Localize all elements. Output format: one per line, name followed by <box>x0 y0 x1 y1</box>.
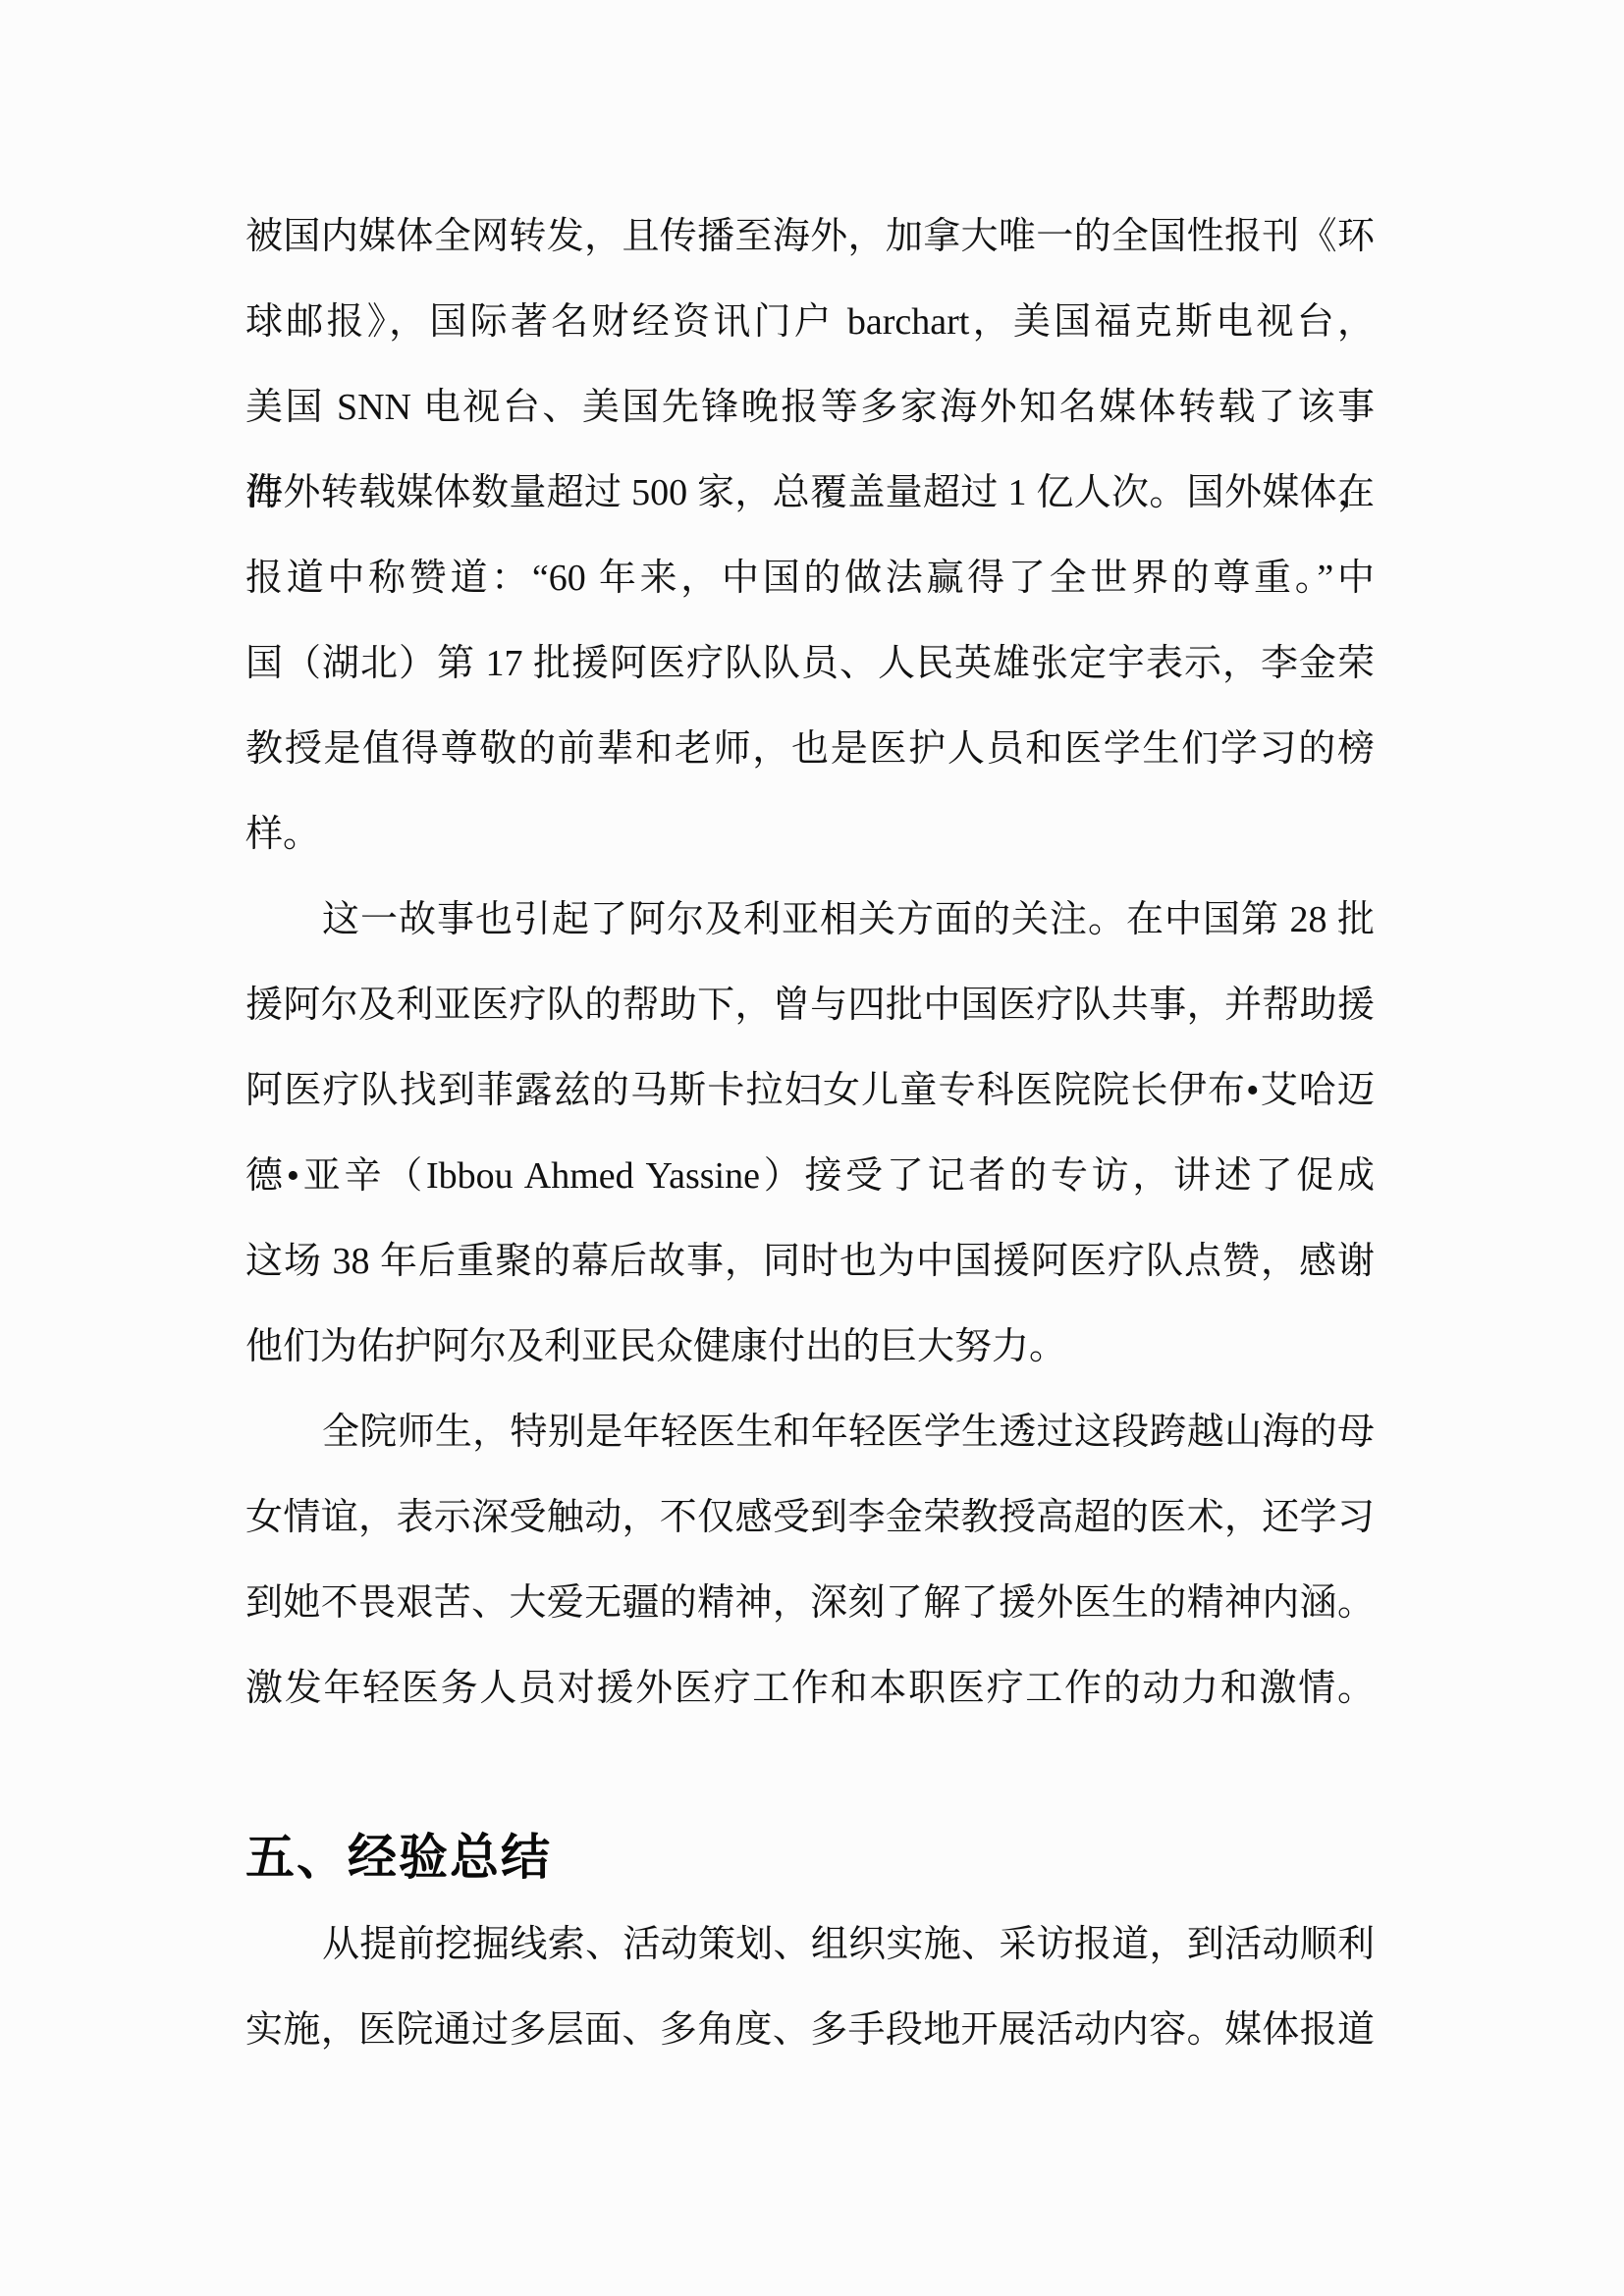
text-line: 女情谊，表示深受触动，不仅感受到李金荣教授高超的医术，还学习 <box>245 1475 1375 1561</box>
text-line: 激发年轻医务人员对援外医疗工作和本职医疗工作的动力和激情。 <box>245 1646 1375 1732</box>
text-line: 援阿尔及利亚医疗队的帮助下，曾与四批中国医疗队共事，并帮助援 <box>245 963 1375 1048</box>
text-line: 教授是值得尊敬的前辈和老师，也是医护人员和医学生们学习的榜 <box>245 707 1375 792</box>
text-line: 从提前挖掘线索、活动策划、组织实施、采访报道，到活动顺利 <box>245 1902 1375 1988</box>
text-line: 到她不畏艰苦、大爱无疆的精神，深刻了解了援外医生的精神内涵。 <box>245 1561 1375 1646</box>
text-line: 德•亚辛（Ibbou Ahmed Yassine）接受了记者的专访，讲述了促成 <box>245 1134 1375 1219</box>
text-line: 这场 38 年后重聚的幕后故事，同时也为中国援阿医疗队点赞，感谢 <box>245 1219 1375 1305</box>
text-line: 球邮报》，国际著名财经资讯门户 barchart，美国福克斯电视台， <box>245 280 1375 365</box>
text-line: 海外转载媒体数量超过 500 家，总覆盖量超过 1 亿人次。国外媒体在 <box>245 451 1375 536</box>
text-line: 被国内媒体全网转发，且传播至海外，加拿大唯一的全国性报刊《环 <box>245 194 1375 280</box>
text-line: 他们为佑护阿尔及利亚民众健康付出的巨大努力。 <box>245 1305 1375 1390</box>
text-line: 实施，医院通过多层面、多角度、多手段地开展活动内容。媒体报道 <box>245 1988 1375 2073</box>
section-heading: 五、经验总结 <box>245 1812 1375 1902</box>
document-body: 被国内媒体全网转发，且传播至海外，加拿大唯一的全国性报刊《环 球邮报》，国际著名… <box>245 194 1375 2073</box>
text-line: 阿医疗队找到菲露兹的马斯卡拉妇女儿童专科医院院长伊布•艾哈迈 <box>245 1048 1375 1134</box>
text-line: 全院师生，特别是年轻医生和年轻医学生透过这段跨越山海的母 <box>245 1390 1375 1475</box>
text-line: 这一故事也引起了阿尔及利亚相关方面的关注。在中国第 28 批 <box>245 878 1375 963</box>
document-page: 被国内媒体全网转发，且传播至海外，加拿大唯一的全国性报刊《环 球邮报》，国际著名… <box>0 0 1624 2296</box>
text-line: 报道中称赞道：“60 年来，中国的做法赢得了全世界的尊重。”中 <box>245 536 1375 621</box>
text-line: 美国 SNN 电视台、美国先锋晚报等多家海外知名媒体转载了该事件， <box>245 365 1375 451</box>
text-line: 样。 <box>245 792 1375 878</box>
text-line: 国（湖北）第 17 批援阿医疗队队员、人民英雄张定宇表示，李金荣 <box>245 621 1375 707</box>
